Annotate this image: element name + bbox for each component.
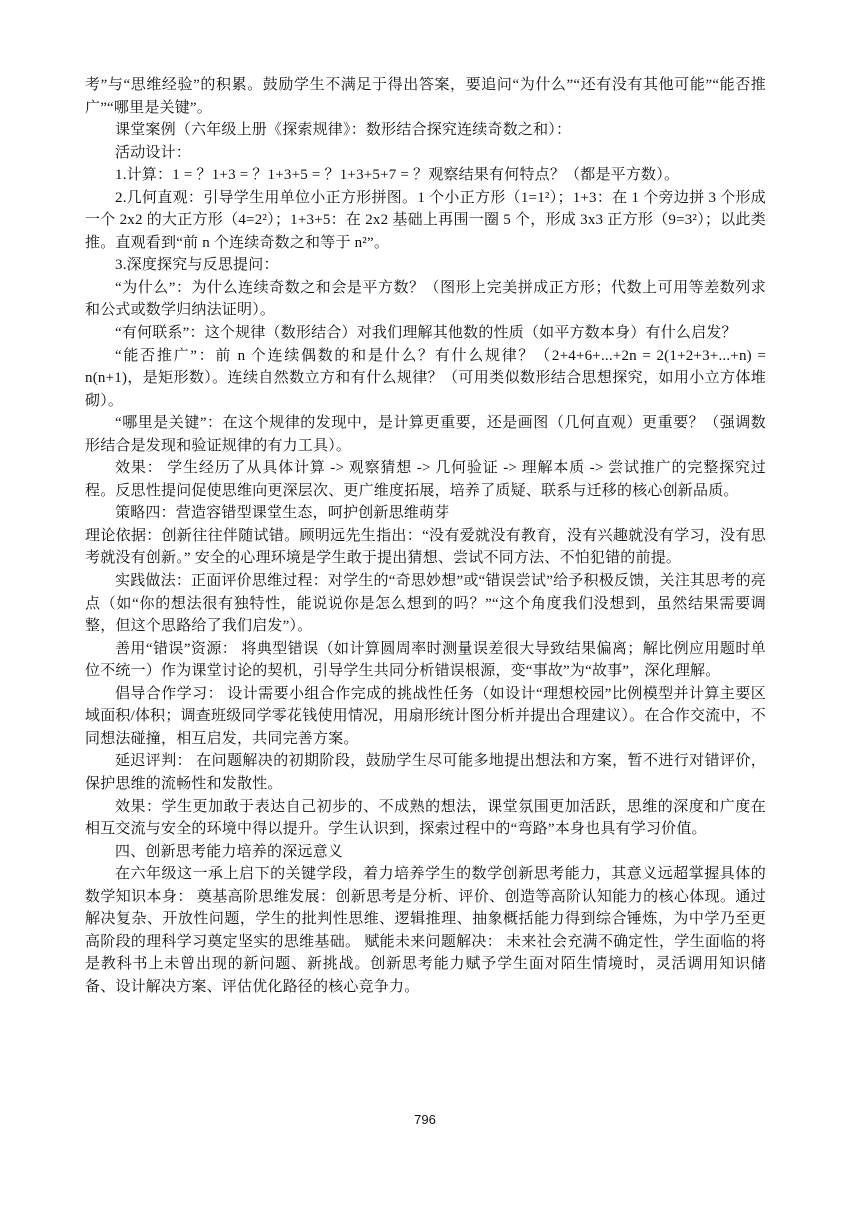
paragraph: 效果： 学生经历了从具体计算 -> 观察猜想 -> 几何验证 -> 理解本质 -… bbox=[85, 457, 766, 502]
paragraph: 倡导合作学习： 设计需要小组合作完成的挑战性任务（如设计“理想校园”比例模型并计… bbox=[85, 683, 766, 751]
paragraph: “有何联系”：这个规律（数形结合）对我们理解其他数的性质（如平方数本身）有什么启… bbox=[85, 322, 766, 345]
paragraph: 1.计算：1 = ？1+3 = ？1+3+5 = ？1+3+5+7 = ？观察结… bbox=[85, 164, 766, 187]
paragraph: 延迟评判： 在问题解决的初期阶段，鼓励学生尽可能多地提出想法和方案，暂不进行对错… bbox=[85, 750, 766, 795]
paragraph: 理论依据：创新往往伴随试错。顾明远先生指出：“没有爱就没有教育，没有兴趣就没有学… bbox=[85, 525, 766, 570]
paragraph: 课堂案例（六年级上册《探索规律》：数形结合探究连续奇数之和）： bbox=[85, 119, 766, 142]
paragraph: 考”与“思维经验”的积累。鼓励学生不满足于得出答案，要追问“为什么”“还有没有其… bbox=[85, 74, 766, 119]
document-page: 考”与“思维经验”的积累。鼓励学生不满足于得出答案，要追问“为什么”“还有没有其… bbox=[0, 0, 850, 1205]
section-heading: 四、创新思考能力培养的深远意义 bbox=[85, 841, 766, 864]
paragraph: 2.几何直观：引导学生用单位小正方形拼图。1 个小正方形（1=1²）；1+3：在… bbox=[85, 187, 766, 255]
page-number: 796 bbox=[0, 1112, 850, 1127]
paragraph: 效果：学生更加敢于表达自己初步的、不成熟的想法，课堂氛围更加活跃，思维的深度和广… bbox=[85, 796, 766, 841]
paragraph: “哪里是关键”：在这个规律的发现中，是计算更重要，还是画图（几何直观）更重要？（… bbox=[85, 412, 766, 457]
paragraph: 活动设计： bbox=[85, 142, 766, 165]
paragraph: 实践做法：正面评价思维过程：对学生的“奇思妙想”或“错误尝试”给予积极反馈，关注… bbox=[85, 570, 766, 638]
paragraph: 在六年级这一承上启下的关键学段，着力培养学生的数学创新思考能力，其意义远超掌握具… bbox=[85, 863, 766, 998]
paragraph: 3.深度探究与反思提问： bbox=[85, 254, 766, 277]
document-body: 考”与“思维经验”的积累。鼓励学生不满足于得出答案，要追问“为什么”“还有没有其… bbox=[85, 74, 766, 998]
paragraph: “能否推广”：前 n 个连续偶数的和是什么？有什么规律？（2+4+6+...+2… bbox=[85, 345, 766, 413]
paragraph: “为什么”：为什么连续奇数之和会是平方数？（图形上完美拼成正方形；代数上可用等差… bbox=[85, 277, 766, 322]
section-heading: 策略四：营造容错型课堂生态，呵护创新思维萌芽 bbox=[85, 502, 766, 525]
paragraph: 善用“错误”资源： 将典型错误（如计算圆周率时测量误差很大导致结果偏离；解比例应… bbox=[85, 638, 766, 683]
